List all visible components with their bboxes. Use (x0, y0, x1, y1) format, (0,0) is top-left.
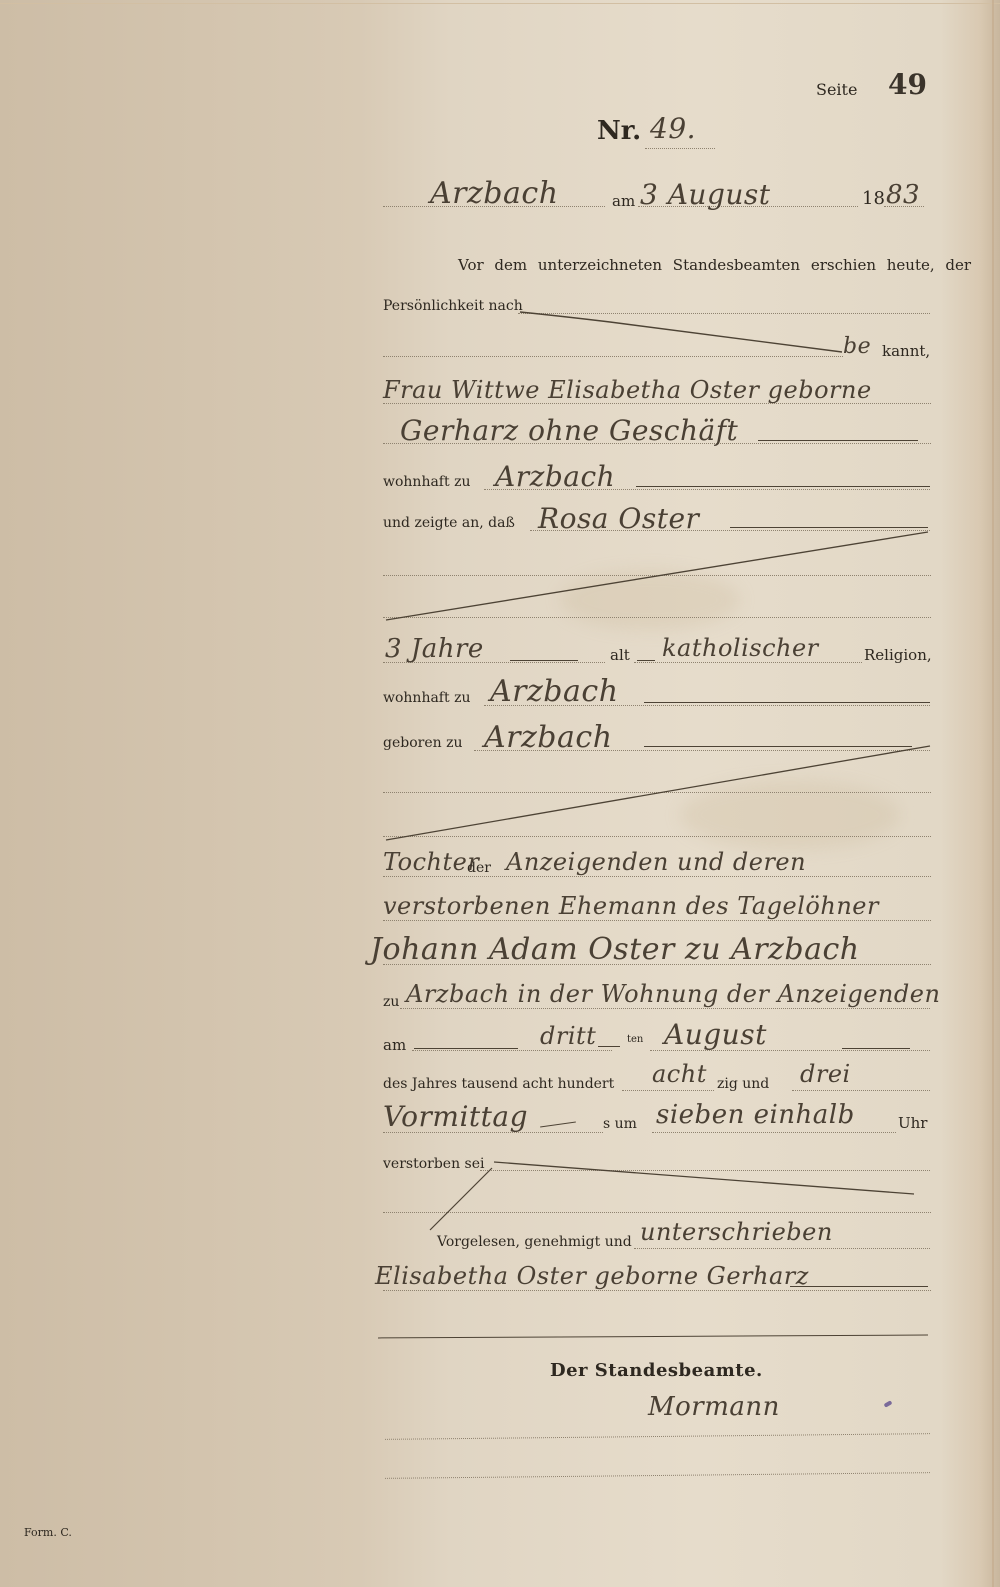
cancellation-strokes (0, 0, 1000, 1587)
